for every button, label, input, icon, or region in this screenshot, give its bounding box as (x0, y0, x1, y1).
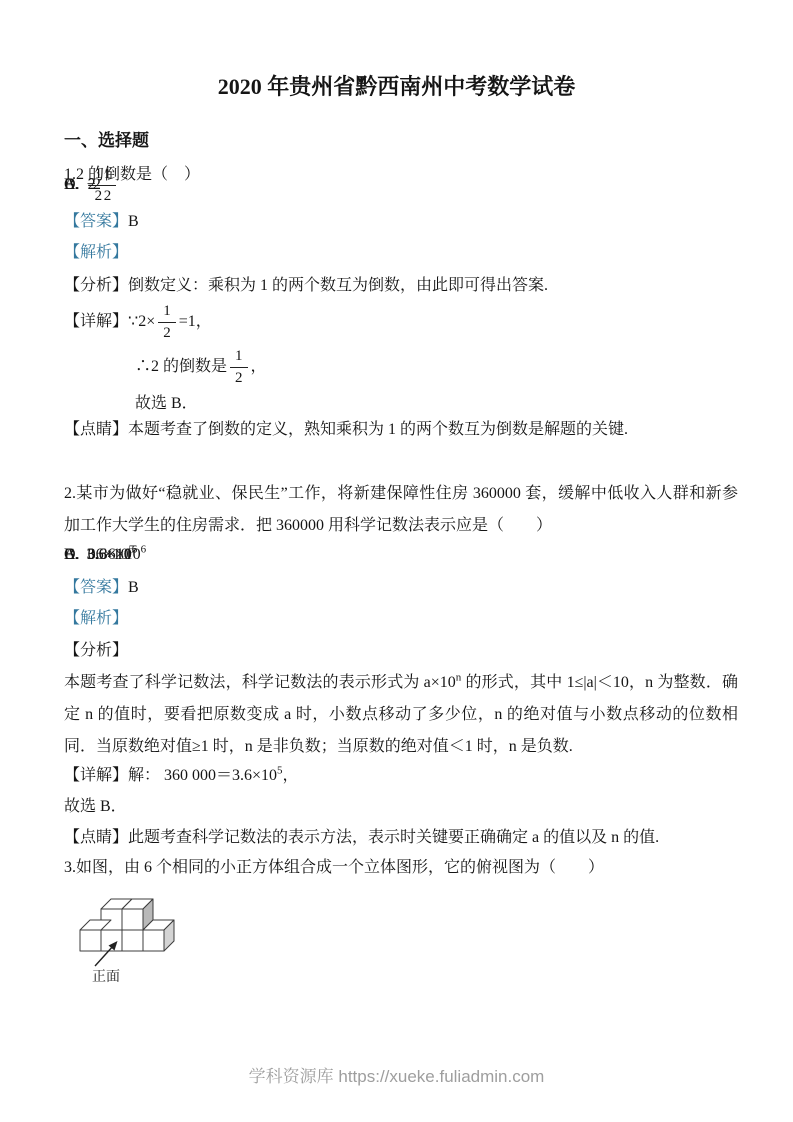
q2-xiangjie-line: 【详解】解： 360 000＝3.6×105， (64, 765, 299, 787)
answer-label: 【答案】 (64, 213, 128, 230)
fraction: 1 2 (230, 347, 248, 388)
q1-options-row: A.2 B. 1 2 C. − 1 2 D.-2 (64, 160, 738, 210)
answer-value: B (128, 579, 139, 596)
fraction: 1 2 (99, 165, 117, 206)
q2-answer-line: 【答案】B (64, 577, 139, 599)
fraction: 1 2 (158, 302, 176, 343)
exam-document-page: { "colors": { "accent_blue": "#34789e", … (0, 0, 793, 1122)
q1-option-d: D.-2 (64, 160, 101, 210)
q1-jiexi-label: 【解析】 (64, 242, 128, 264)
answer-label: 【答案】 (64, 579, 128, 596)
q3-stem: 3.如图，由 6 个相同的小正方体组合成一个立体图形，它的俯视图为（ ） (64, 857, 604, 879)
q2-dianjing-line: 【点睛】此题考查科学记数法的表示方法，表示时关键要正确确定 a 的值以及 n 的… (64, 827, 659, 849)
figure-front-label: 正面 (92, 969, 120, 985)
answer-value: B (128, 213, 139, 230)
q2-conclusion: 故选 B． (64, 796, 127, 818)
q2-option-d: D. 36×105 (64, 532, 134, 578)
cube-stack-figure: 正面 (78, 893, 178, 988)
q1-dianjing-line: 【点睛】本题考查了倒数的定义，熟知乘积为 1 的两个数互为倒数是解题的关键. (64, 419, 628, 441)
page-title: 2020 年贵州省黔西南州中考数学试卷 (0, 72, 793, 102)
q1-deduction-line: ∴2 的倒数是 1 2 ， (135, 343, 267, 391)
q2-fenxi-label: 【分析】 (64, 640, 128, 662)
q1-conclusion: 故选 B． (135, 393, 198, 415)
q2-options-row: A. 0.36×106 B. 3.6×105 C. 3.6×106 D. 36×… (64, 532, 738, 578)
q1-xiangjie-line: 【详解】 ∵2× 1 2 =1， (64, 298, 212, 346)
footer-watermark: 学科资源库 https://xueke.fuliadmin.com (0, 1066, 793, 1088)
q1-fenxi-line: 【分析】倒数定义：乘积为 1 的两个数互为倒数，由此即可得出答案. (64, 275, 548, 297)
q2-fenxi-paragraph: 本题考查了科学记数法，科学记数法的表示形式为 a×10n 的形式，其中 1≤|a… (64, 667, 738, 763)
q2-jiexi-label: 【解析】 (64, 608, 128, 630)
section-heading: 一、选择题 (64, 130, 149, 152)
q1-answer-line: 【答案】B (64, 211, 139, 233)
